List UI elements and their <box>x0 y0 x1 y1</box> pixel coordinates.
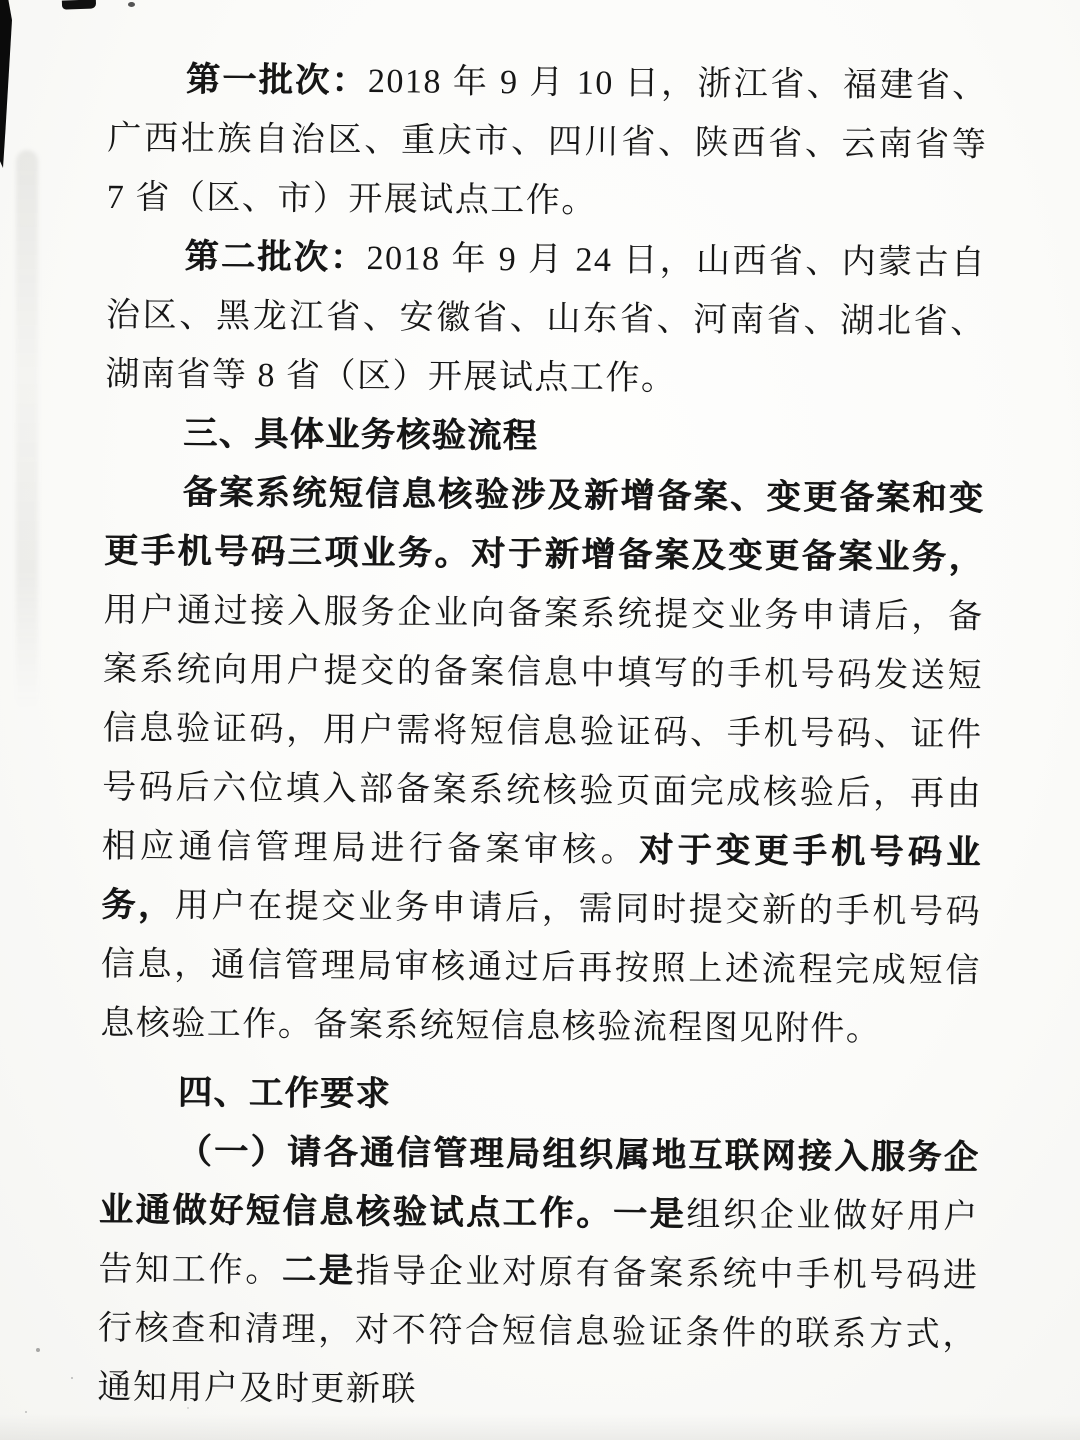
verification-process-paragraph-segment-0: 备案系统短信息核验涉及新增备案、变更备案和变更手机号码三项业务。对于新增备案及变… <box>104 475 985 577</box>
section-3-heading-segment-0: 三、具体业务核验流程 <box>183 416 538 456</box>
scan-smudge <box>16 150 38 710</box>
work-requirements-paragraph-segment-1: 一是 <box>613 1196 687 1234</box>
scan-artifact-top-fragment <box>62 0 96 10</box>
scan-artifact-top-dot <box>128 2 135 7</box>
scan-speckles <box>36 1348 40 1352</box>
verification-process-paragraph-segment-3: 用户在提交业务申请后，需同时提交新的手机号码信息，通信管理局审核通过后再按照上述… <box>100 888 981 1049</box>
section-4-heading: 四、工作要求 <box>100 1063 980 1129</box>
scanned-page: 第一批次：2018 年 9 月 10 日，浙江省、福建省、广西壮族自治区、重庆市… <box>0 0 1080 1440</box>
verification-process-paragraph: 备案系统短信息核验涉及新增备案、变更备案和变更手机号码三项业务。对于新增备案及变… <box>100 463 985 1060</box>
section-4-heading-segment-0: 四、工作要求 <box>178 1075 391 1114</box>
work-requirements-paragraph-segment-3: 二是 <box>282 1252 356 1290</box>
section-3-heading: 三、具体业务核验流程 <box>105 404 985 470</box>
batch-1-paragraph: 第一批次：2018 年 9 月 10 日，浙江省、福建省、广西壮族自治区、重庆市… <box>107 50 988 234</box>
work-requirements-paragraph: （一）请各通信管理局组织属地互联网接入服务企业通做好短信息核验试点工作。一是组织… <box>97 1122 979 1424</box>
scan-artifact-left-bar <box>0 0 12 168</box>
batch-2-paragraph: 第二批次：2018 年 9 月 24 日，山西省、内蒙古自治区、黑龙江省、安徽省… <box>105 227 986 411</box>
batch-1-paragraph-segment-0: 第一批次： <box>186 62 368 100</box>
batch-2-paragraph-segment-0: 第二批次： <box>184 239 366 277</box>
verification-process-paragraph-segment-1: 用户通过接入服务企业向备案系统提交业务申请后，备案系统向用户提交的备案信息中填写… <box>102 592 984 869</box>
document-body: 第一批次：2018 年 9 月 10 日，浙江省、福建省、广西壮族自治区、重庆市… <box>97 50 988 1424</box>
